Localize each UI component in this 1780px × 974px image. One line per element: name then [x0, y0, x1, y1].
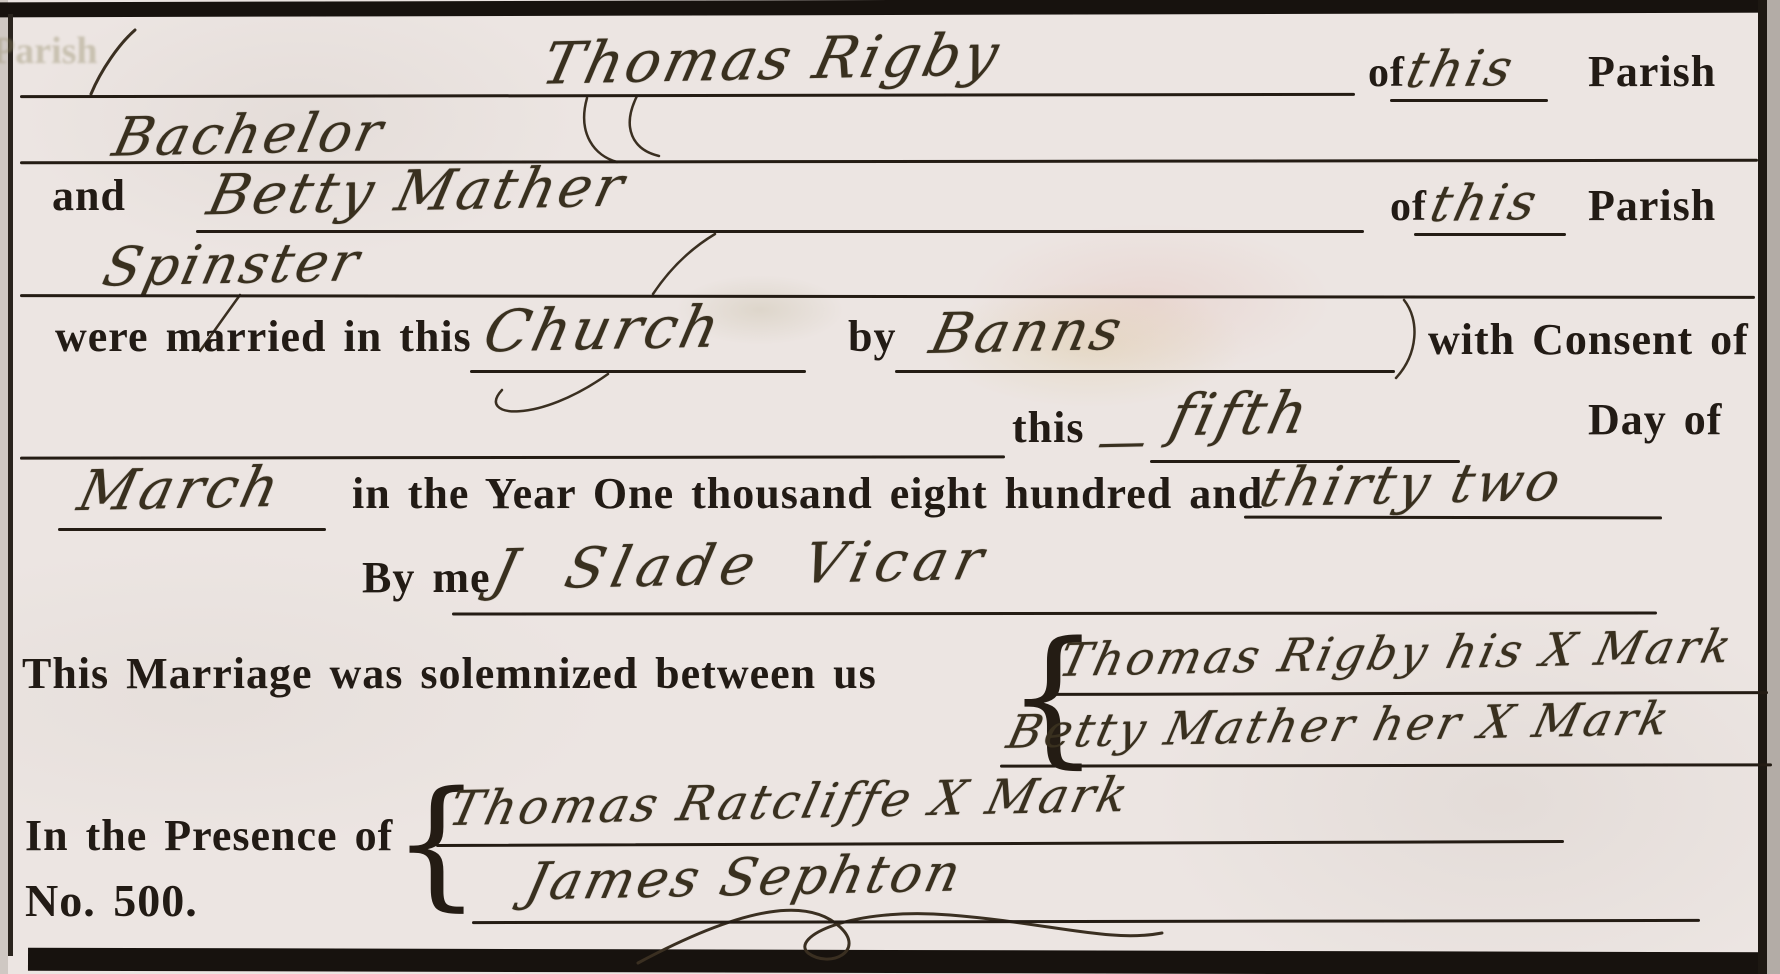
label-this: this	[1012, 406, 1084, 450]
ruled-line	[196, 230, 1364, 233]
groom-signature: Thomas Rigby his X Mark	[1055, 623, 1738, 683]
border-left	[8, 14, 13, 956]
bleedthrough-text: Parish	[0, 32, 98, 70]
marriage-day: fifth	[1165, 384, 1316, 445]
label-of-2: of	[1390, 186, 1427, 228]
bride-signature: Betty Mather her X Mark	[1003, 695, 1676, 755]
entry-number: No. 500.	[25, 878, 198, 924]
pen-stroke-flourish	[85, 28, 140, 98]
border-top	[0, 0, 1780, 17]
label-by: by	[848, 315, 896, 359]
marriage-year: thirty two	[1255, 455, 1568, 515]
marriage-register-page: Parish Thomas Rigby of this Parish Bache…	[0, 0, 1780, 974]
page-edge-right	[1767, 0, 1780, 974]
groom-name: Thomas Rigby	[537, 25, 1006, 92]
groom-parish: this	[1402, 43, 1520, 95]
ruled-line	[436, 840, 1564, 847]
pen-stroke-flourish	[645, 232, 725, 298]
label-and: and	[52, 174, 126, 218]
venue: Church	[479, 298, 728, 361]
bride-condition: Spinster	[98, 235, 366, 294]
label-with-consent-of: with Consent of	[1428, 318, 1749, 362]
border-right	[1758, 0, 1767, 974]
ruled-line	[895, 370, 1395, 373]
label-day-of: Day of	[1588, 398, 1722, 442]
label-parish-2: Parish	[1588, 184, 1716, 228]
bride-parish: this	[1426, 177, 1544, 229]
groom-condition: Bachelor	[108, 105, 390, 165]
witness2-signature: James Sephton	[521, 847, 968, 908]
ruled-line	[1414, 233, 1566, 236]
label-solemnized: This Marriage was solemnized between us	[22, 652, 877, 696]
ruled-line	[58, 528, 326, 531]
label-married-in-this: were married in this	[55, 315, 472, 359]
ruled-line	[470, 370, 806, 373]
label-parish-1: Parish	[1588, 50, 1716, 94]
witness1-signature: Thomas Ratcliffe X Mark	[445, 771, 1135, 833]
marriage-month: March	[73, 460, 287, 520]
officiant-signature: J Slade Vicar	[487, 533, 995, 599]
label-year-prefix: in the Year One thousand eight hundred a…	[352, 472, 1263, 516]
pen-stroke-flourish	[468, 372, 618, 430]
label-presence-of: In the Presence of	[25, 814, 393, 858]
ruled-line	[20, 294, 1755, 299]
label-of-1: of	[1368, 52, 1405, 94]
day-dash: —	[1092, 417, 1154, 466]
marriage-method: Banns	[925, 303, 1129, 363]
label-by-me: By me	[362, 556, 491, 600]
bride-name: Betty Mather	[203, 160, 632, 225]
ruled-line	[20, 93, 1355, 98]
ruled-line	[1390, 99, 1548, 102]
page-edge-left	[0, 0, 8, 974]
pen-stroke-flourish	[1390, 298, 1424, 382]
ruled-line	[1244, 516, 1662, 520]
